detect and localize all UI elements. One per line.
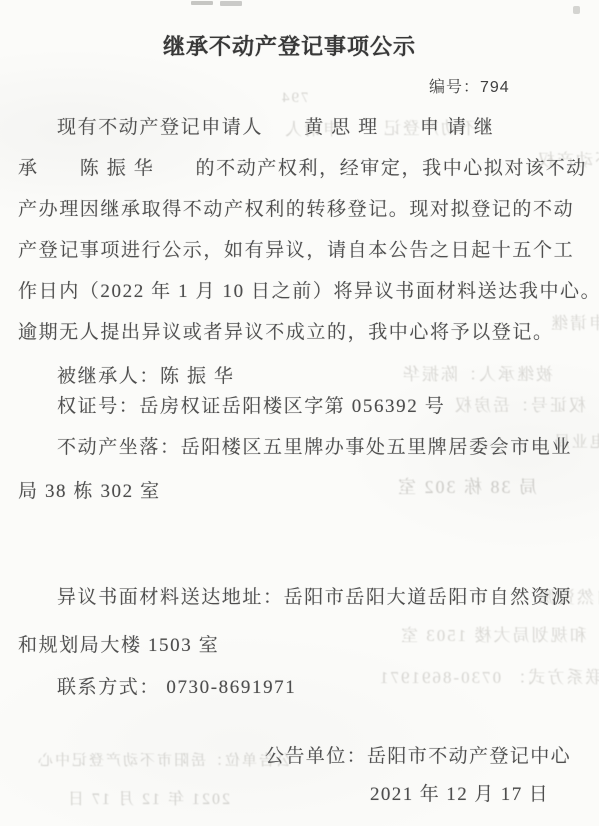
objection-address-block: 异议书面材料送达地址：岳阳市岳阳大道岳阳市自然资源 和规划局大楼 1503 室 … [18, 583, 596, 703]
scan-artifact [573, 6, 580, 14]
body-line: 产办理因继承取得不动产权利的转移登记。现对拟登记的不动 [18, 189, 588, 230]
bleed-through-text: 公告单位：岳阳市不动产登记中心 [36, 750, 291, 772]
body-line-decedent: 承 陈 振 华 的不动产权利，经审定，我中心拟对该不动 [18, 148, 588, 189]
scanned-notice-page: 794 申请人 不动产登记 的不动产权 申请继 被继承人：陈振华 权证号：岳房权… [0, 0, 599, 826]
property-location-line: 不动产坐落：岳阳楼区五里牌办事处五里牌居委会市电业 [18, 433, 596, 463]
issuer-line: 公告单位：岳阳市不动产登记中心 [265, 744, 571, 770]
bleed-through-text: 794 [280, 87, 309, 109]
certificate-number-line: 权证号：岳房权证岳阳楼区字第 056392 号 [18, 392, 596, 422]
delivery-address-line: 异议书面材料送达地址：岳阳市岳阳大道岳阳市自然资源 [18, 583, 596, 613]
delivery-address-continuation: 和规划局大楼 1503 室 [18, 631, 596, 661]
property-location-continuation: 局 38 栋 302 室 [18, 477, 596, 507]
body-line: 逾期无人提出异议或者异议不成立的，我中心将予以登记。 [18, 312, 588, 353]
body-line: 产登记事项进行公示，如有异议，请自本公告之日起十五个工 [18, 230, 588, 271]
notice-title: 继承不动产登记事项公示 [0, 30, 599, 64]
notice-body: 现有不动产登记申请人 黄 思 理 申 请 继 承 陈 振 华 的不动产权利，经审… [18, 107, 588, 353]
body-line-deadline: 作日内（2022 年 1 月 10 日之前）将异议书面材料送达我中心。 [18, 271, 588, 312]
bleed-through-text: 2021 年 12 月 17 日 [66, 789, 230, 811]
heir-line: 被继承人：陈 振 华 [18, 362, 596, 392]
contact-phone-line: 联系方式： 0730-8691971 [18, 673, 596, 703]
notice-number: 编号：794 [429, 76, 510, 100]
scan-artifact [220, 1, 242, 6]
issue-date-line: 2021 年 12 月 17 日 [370, 782, 549, 808]
detail-block: 被继承人：陈 振 华 权证号：岳房权证岳阳楼区字第 056392 号 不动产坐落… [18, 362, 596, 507]
scan-artifact [191, 1, 213, 5]
body-line-applicant: 现有不动产登记申请人 黄 思 理 申 请 继 [18, 107, 588, 148]
